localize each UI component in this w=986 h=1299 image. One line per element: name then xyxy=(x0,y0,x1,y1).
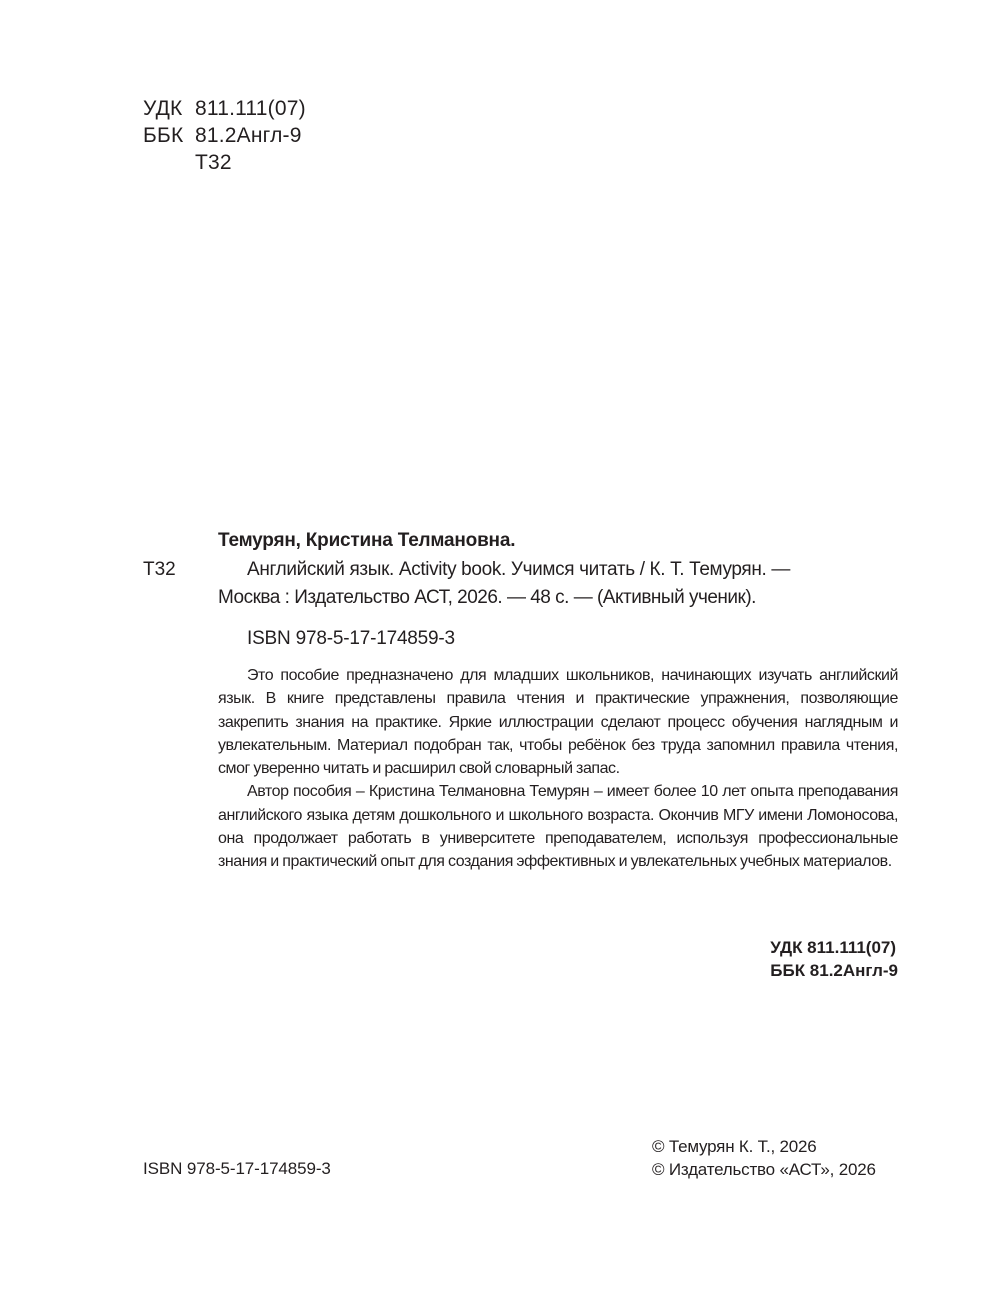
udk-value: 811.111(07) xyxy=(195,95,306,122)
author-mark-card: Т32 xyxy=(143,557,176,583)
bbk-bottom: ББК 81.2Англ-9 xyxy=(770,959,898,982)
copyright-author: © Темурян К. Т., 2026 xyxy=(652,1135,876,1158)
bbk-label: ББК xyxy=(143,122,195,149)
isbn-footer: ISBN 978-5-17-174859-3 xyxy=(143,1158,331,1180)
annotation-paragraph: Автор пособия – Кристина Телмановна Тему… xyxy=(218,780,898,873)
book-title-line: Английский язык. Activity book. Учимся ч… xyxy=(247,557,790,583)
bbk-row: ББК 81.2Англ-9 xyxy=(143,122,306,149)
annotation: Это пособие предназначено для младших шк… xyxy=(218,664,898,874)
classification-block-bottom: УДК 811.111(07) ББК 81.2Англ-9 xyxy=(770,936,898,982)
isbn-card: ISBN 978-5-17-174859-3 xyxy=(247,626,455,652)
author-heading: Темурян, Кристина Телмановна. xyxy=(218,528,515,554)
udk-row: УДК 811.111(07) xyxy=(143,95,306,122)
copyright-publisher: © Издательство «АСТ», 2026 xyxy=(652,1158,876,1181)
author-mark-top: Т32 xyxy=(195,149,232,176)
copyright-block: © Темурян К. Т., 2026 © Издательство «АС… xyxy=(652,1135,876,1181)
author-mark-row: Т32 xyxy=(143,149,306,176)
udk-label: УДК xyxy=(143,95,195,122)
udk-bottom: УДК 811.111(07) xyxy=(770,936,898,959)
classification-block-top: УДК 811.111(07) ББК 81.2Англ-9 Т32 xyxy=(143,95,306,176)
bbk-value: 81.2Англ-9 xyxy=(195,122,302,149)
annotation-paragraph: Это пособие предназначено для младших шк… xyxy=(218,664,898,780)
publication-line: Москва : Издательство АСТ, 2026. — 48 с.… xyxy=(218,585,756,611)
